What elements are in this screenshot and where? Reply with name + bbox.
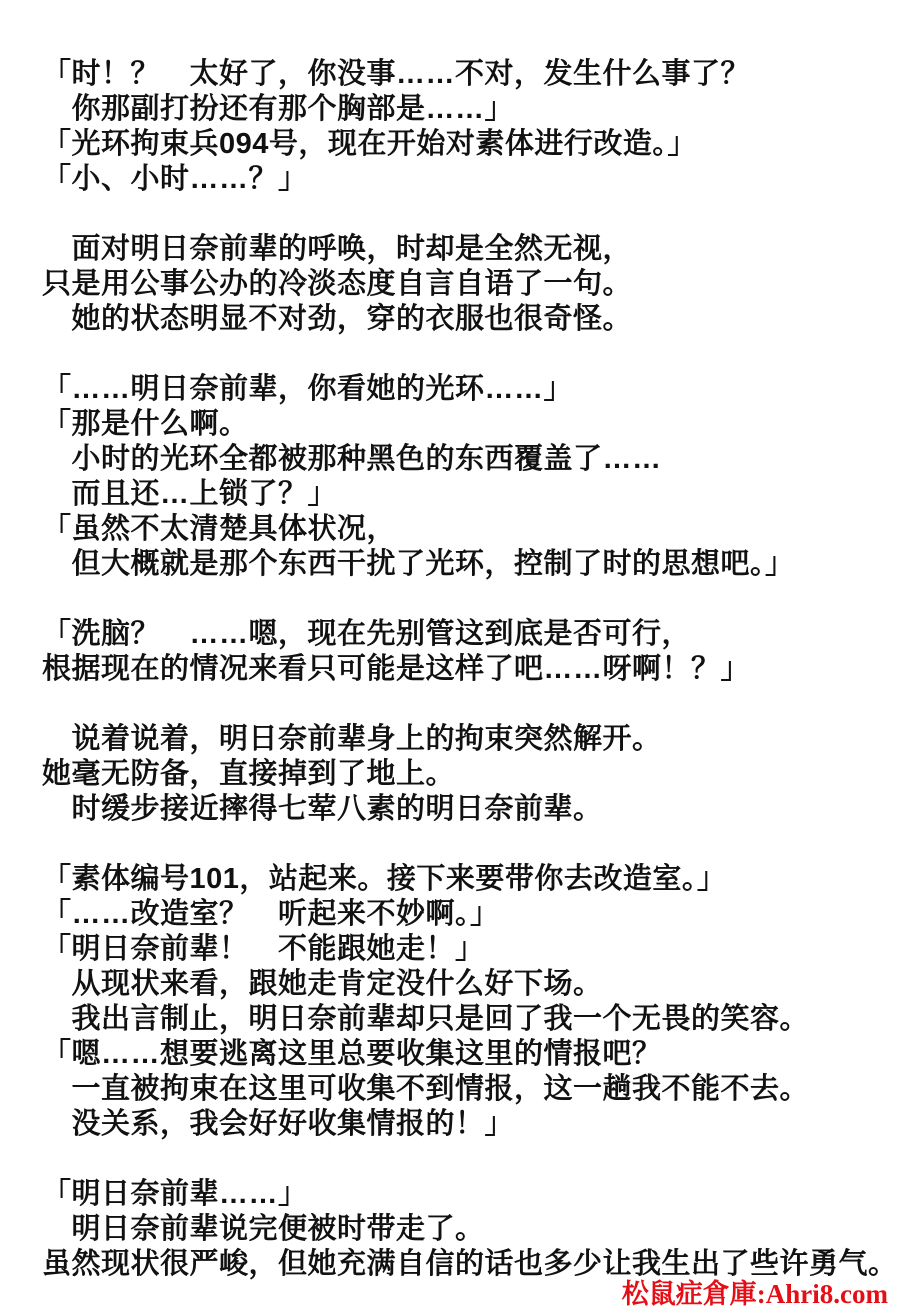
text-line: 「时！？ 太好了，你没事……不对，发生什么事了？ [42, 57, 892, 92]
story-text: 「时！？ 太好了，你没事……不对，发生什么事了？ 你那副打扮还有那个胸部是……」… [42, 57, 892, 1282]
text-line: 只是用公事公办的冷淡态度自言自语了一句。 [42, 267, 892, 302]
text-line: 「嗯……想要逃离这里总要收集这里的情报吧？ [42, 1037, 892, 1072]
text-line: 没关系，我会好好收集情报的！」 [42, 1107, 892, 1142]
text-line: 但大概就是那个东西干扰了光环，控制了时的思想吧。」 [42, 547, 892, 582]
text-line: 「明日奈前辈……」 [42, 1177, 892, 1212]
text-line: 小时的光环全都被那种黑色的东西覆盖了…… [42, 442, 892, 477]
watermark: 松鼠症倉庫:Ahri8.com [622, 1279, 888, 1309]
text-line: 「虽然不太清楚具体状况， [42, 512, 892, 547]
novel-page: 「时！？ 太好了，你没事……不对，发生什么事了？ 你那副打扮还有那个胸部是……」… [0, 0, 900, 1315]
text-line: 时缓步接近摔得七荤八素的明日奈前辈。 [42, 792, 892, 827]
text-line: 虽然现状很严峻，但她充满自信的话也多少让我生出了些许勇气。 [42, 1247, 892, 1282]
text-line: 她的状态明显不对劲，穿的衣服也很奇怪。 [42, 302, 892, 337]
text-line: 「素体编号101，站起来。接下来要带你去改造室。」 [42, 862, 892, 897]
text-line: 「那是什么啊。 [42, 407, 892, 442]
text-line: 「……明日奈前辈，你看她的光环……」 [42, 372, 892, 407]
paragraph-dialogue-1: 「时！？ 太好了，你没事……不对，发生什么事了？ 你那副打扮还有那个胸部是……」… [42, 57, 892, 197]
paragraph-dialogue-2: 「……明日奈前辈，你看她的光环……」 「那是什么啊。 小时的光环全都被那种黑色的… [42, 372, 892, 582]
text-line: 面对明日奈前辈的呼唤，时却是全然无视， [42, 232, 892, 267]
paragraph-dialogue-4: 「素体编号101，站起来。接下来要带你去改造室。」 「……改造室？ 听起来不妙啊… [42, 862, 892, 1142]
text-line: 根据现在的情况来看只可能是这样了吧……呀啊！？」 [42, 652, 892, 687]
paragraph-dialogue-3: 「洗脑？ ……嗯，现在先别管这到底是否可行， 根据现在的情况来看只可能是这样了吧… [42, 617, 892, 687]
text-line: 说着说着，明日奈前辈身上的拘束突然解开。 [42, 722, 892, 757]
text-line: 而且还…上锁了？」 [42, 477, 892, 512]
text-line: 从现状来看，跟她走肯定没什么好下场。 [42, 967, 892, 1002]
text-line: 「……改造室？ 听起来不妙啊。」 [42, 897, 892, 932]
text-line: 「光环拘束兵094号，现在开始对素体进行改造。」 [42, 127, 892, 162]
text-line: 你那副打扮还有那个胸部是……」 [42, 92, 892, 127]
text-line: 她毫无防备，直接掉到了地上。 [42, 757, 892, 792]
paragraph-narration-2: 说着说着，明日奈前辈身上的拘束突然解开。 她毫无防备，直接掉到了地上。 时缓步接… [42, 722, 892, 827]
text-line: 「小、小时……？」 [42, 162, 892, 197]
paragraph-narration-1: 面对明日奈前辈的呼唤，时却是全然无视， 只是用公事公办的冷淡态度自言自语了一句。… [42, 232, 892, 337]
text-line: 「洗脑？ ……嗯，现在先别管这到底是否可行， [42, 617, 892, 652]
text-line: 我出言制止，明日奈前辈却只是回了我一个无畏的笑容。 [42, 1002, 892, 1037]
text-line: 一直被拘束在这里可收集不到情报，这一趟我不能不去。 [42, 1072, 892, 1107]
text-line: 明日奈前辈说完便被时带走了。 [42, 1212, 892, 1247]
text-line: 「明日奈前辈！ 不能跟她走！」 [42, 932, 892, 967]
paragraph-closing: 「明日奈前辈……」 明日奈前辈说完便被时带走了。 虽然现状很严峻，但她充满自信的… [42, 1177, 892, 1282]
